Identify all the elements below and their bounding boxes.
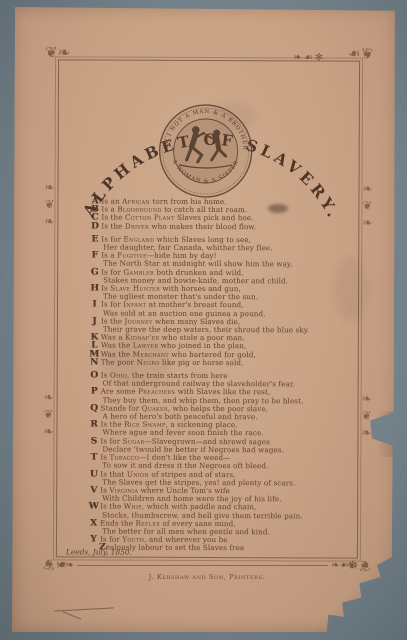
rule-scroll-icon: ❧☙✻ [331,560,357,571]
rule-line [77,565,328,566]
drop-initial: N [88,358,101,366]
drop-initial: G [88,268,101,276]
drop-initial: X [87,519,100,527]
corner-flourish-icon: ❦❧ [45,46,70,59]
vine-flourish-icon: ❧❦❧ [359,392,373,443]
poem-line: N The poor Negro like pig or horse sold. [88,358,348,367]
corner-flourish-icon: ❦❧ [348,48,373,61]
vine-flourish-icon: ❧❦❧ [360,182,374,233]
poem-entry: D Is the Driver who makes their blood fl… [88,222,348,231]
drop-initial: H [88,285,101,293]
abolitionist-seal: AM I NOT A MAN & A BROTHER A WOMAN & A S… [157,103,253,199]
scanned-broadside-page: { "page": { "title": "ALPHABET OF SLAVER… [0,0,407,640]
drop-initial: F [88,252,101,260]
top-rule-scroll-icon: ❧☙✻ [293,52,325,63]
ornamental-border-frame: ❦❧ ❦❧ ❦❧ ❦❧ ❧❦❧ ❧❦❧ ❧❦❧ ❧❦❧ ❧☙✻ ALPHABET… [56,59,360,558]
poem-entry: N The poor Negro like pig or horse sold. [88,358,348,367]
drop-initial: O [88,372,101,380]
poem-keyword: Negro [137,358,160,367]
imprint-place-date: Leeds, July, 1850. [66,547,132,556]
poem-line: D Is the Driver who makes their blood fl… [88,222,348,231]
drop-initial: E [88,235,101,243]
drop-initial: S [87,437,100,445]
drop-initial: J [88,317,101,325]
drop-initial: P [88,388,101,396]
aged-paper-sheet: ❦❧ ❦❧ ❦❧ ❦❧ ❧❦❧ ❧❦❧ ❧❦❧ ❧❦❧ ❧☙✻ ALPHABET… [12,7,398,632]
poem-list: A Is an African torn from his home. B Is… [87,197,349,553]
printer-imprint: J. Kershaw and Son, Printers. [57,573,357,581]
drop-initial: I [88,301,101,309]
poem-entry: Z ealously labour to set the Slaves free [99,544,347,553]
drop-initial: W [87,503,100,511]
poem-line-text: The poor Negro like pig or horse sold. [101,358,244,367]
poem-line: Z ealously labour to set the Slaves free [99,544,347,553]
drop-initial: V [87,486,100,494]
drop-initial: Q [88,404,101,412]
vine-flourish-icon: ❧❦❧ [42,180,56,231]
drop-initial: T [87,454,100,462]
bottom-decorative-rule: ☙❧ ❧☙✻ [57,560,357,571]
rule-scroll-icon: ☙❧ [57,560,74,571]
drop-initial: R [87,421,100,429]
drop-initial: D [88,222,101,230]
vine-flourish-icon: ❧❦❧ [41,390,55,441]
paper-crease [63,611,82,619]
poem-keyword: Driver [125,221,149,230]
drop-initial: U [87,470,100,478]
poem-line-text: Is the Driver who makes their blood flow… [101,222,256,231]
